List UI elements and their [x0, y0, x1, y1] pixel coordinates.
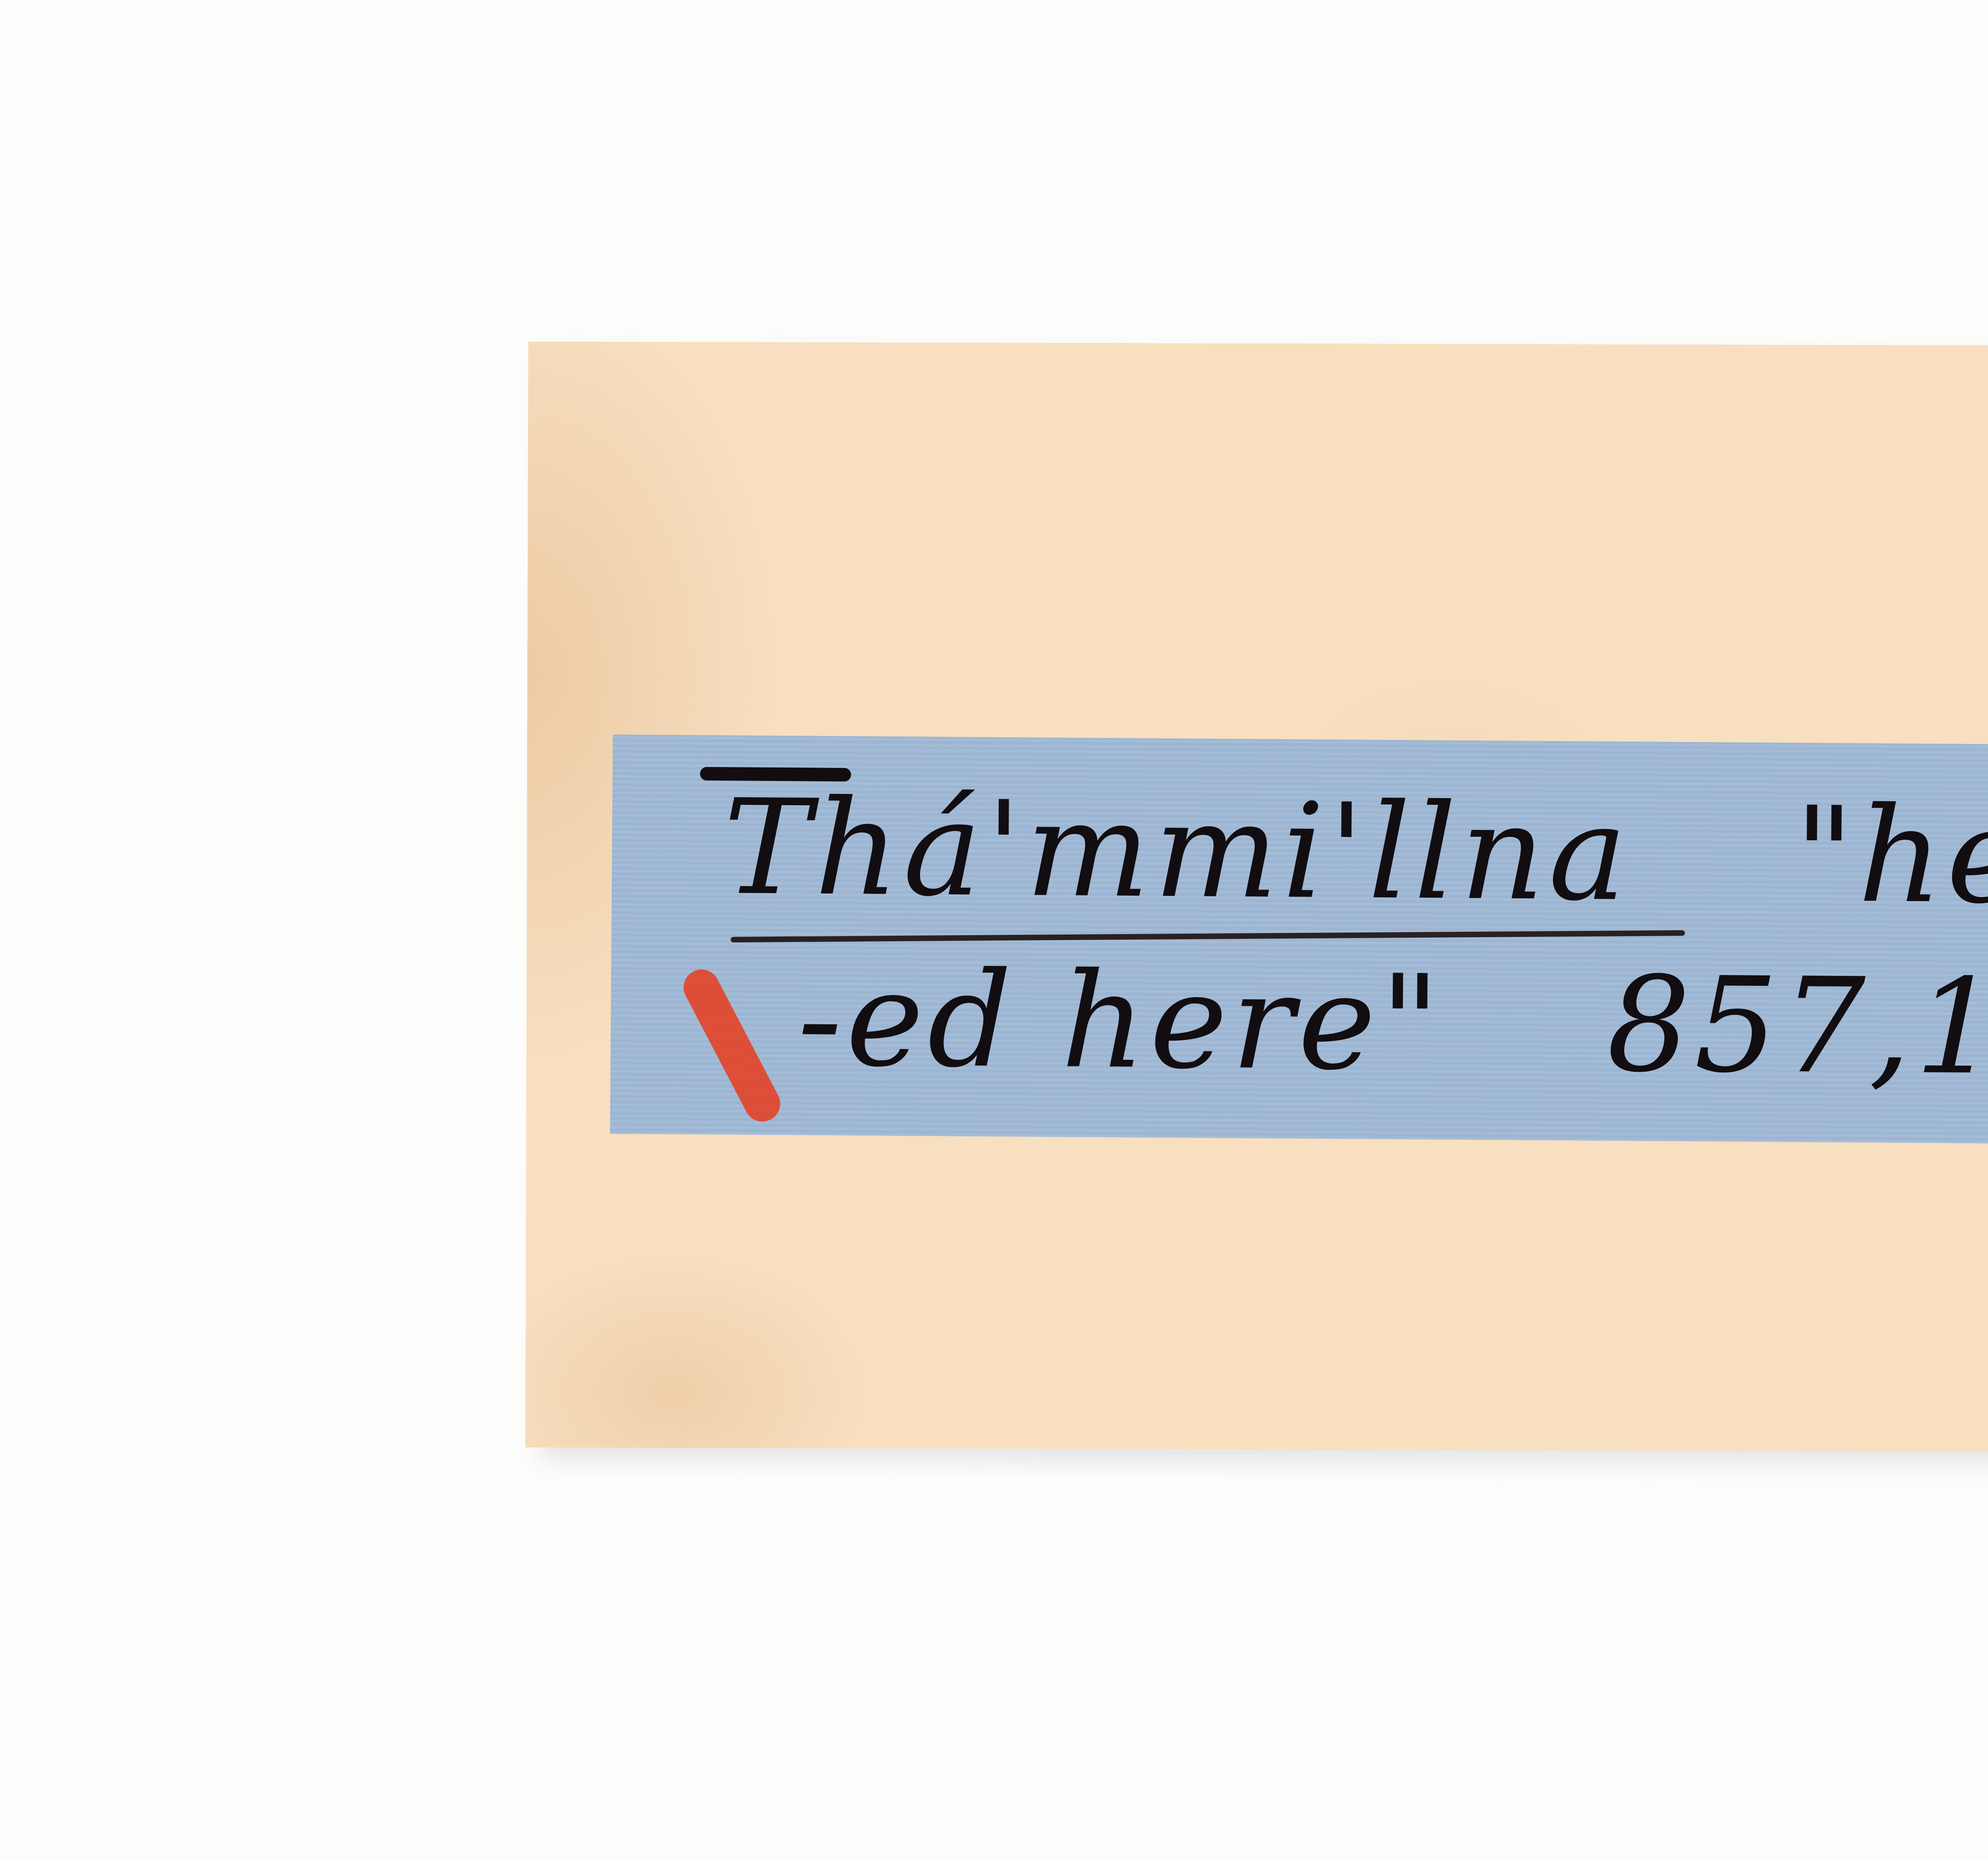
term-text: Thá'mmi'llna: [723, 771, 1631, 930]
term-underline: [731, 930, 1685, 942]
handwritten-line-1: Thá'mmi'llna "he fright-: [723, 771, 1988, 936]
gloss-start: "he fright-: [1793, 779, 1988, 936]
mounting-card: Thá'mmi'llna "he fright- -ed here" 857,1…: [525, 342, 1988, 1452]
page-reference: 857,13;: [1606, 948, 1988, 1105]
term-word: Thá'mmi'llna: [723, 771, 1631, 930]
blue-paper-slip: Thá'mmi'llna "he fright- -ed here" 857,1…: [610, 734, 1988, 1146]
photo-stage: Thá'mmi'llna "he fright- -ed here" 857,1…: [0, 0, 1988, 1861]
gloss-end: -ed here": [797, 942, 1444, 1100]
handwritten-line-2: -ed here" 857,13;: [797, 942, 1988, 1105]
red-crayon-check-mark-icon: [678, 963, 786, 1128]
macron-stroke-icon: [700, 767, 851, 782]
